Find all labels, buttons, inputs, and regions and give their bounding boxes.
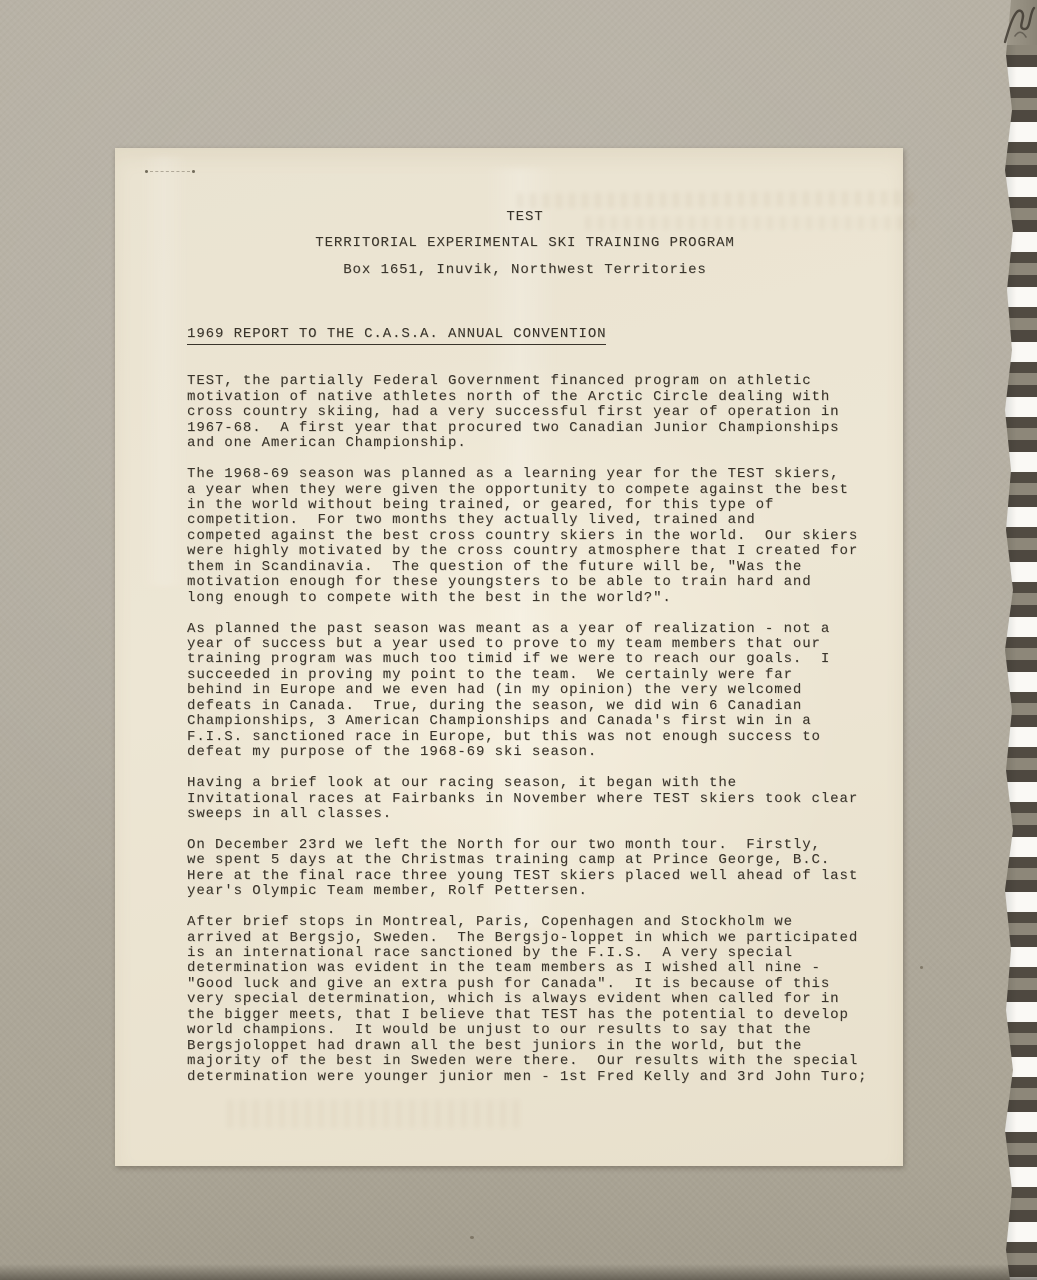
org-name: TERRITORIAL EXPERIMENTAL SKI TRAINING PR… xyxy=(187,230,863,256)
ink-bleedthrough-ghost xyxy=(227,1100,522,1128)
document-sheet: TEST TERRITORIAL EXPERIMENTAL SKI TRAINI… xyxy=(115,148,903,1166)
staple-hole xyxy=(192,170,195,173)
paragraph-3: As planned the past season was meant as … xyxy=(187,622,877,761)
org-address: Box 1651, Inuvik, Northwest Territories xyxy=(187,257,863,283)
report-title-row: 1969 REPORT TO THE C.A.S.A. ANNUAL CONVE… xyxy=(187,327,877,345)
typewritten-text: TEST TERRITORIAL EXPERIMENTAL SKI TRAINI… xyxy=(187,204,877,1101)
paragraph-4: Having a brief look at our racing season… xyxy=(187,776,877,822)
staple-impression xyxy=(150,171,190,172)
staple-marks xyxy=(145,169,195,175)
paragraph-6: After brief stops in Montreal, Paris, Co… xyxy=(187,915,877,1085)
letterhead: TEST TERRITORIAL EXPERIMENTAL SKI TRAINI… xyxy=(187,204,863,283)
dust-speck xyxy=(470,1236,474,1239)
paragraph-1: TEST, the partially Federal Government f… xyxy=(187,374,877,451)
staple-hole xyxy=(145,170,148,173)
dust-speck xyxy=(920,966,923,969)
pen-squiggle-mark xyxy=(1001,2,1037,50)
paragraph-2: The 1968-69 season was planned as a lear… xyxy=(187,467,877,606)
paragraph-5: On December 23rd we left the North for o… xyxy=(187,838,877,900)
org-abbreviation: TEST xyxy=(187,204,863,230)
paper-crease xyxy=(141,156,187,586)
report-title: 1969 REPORT TO THE C.A.S.A. ANNUAL CONVE… xyxy=(187,327,606,345)
